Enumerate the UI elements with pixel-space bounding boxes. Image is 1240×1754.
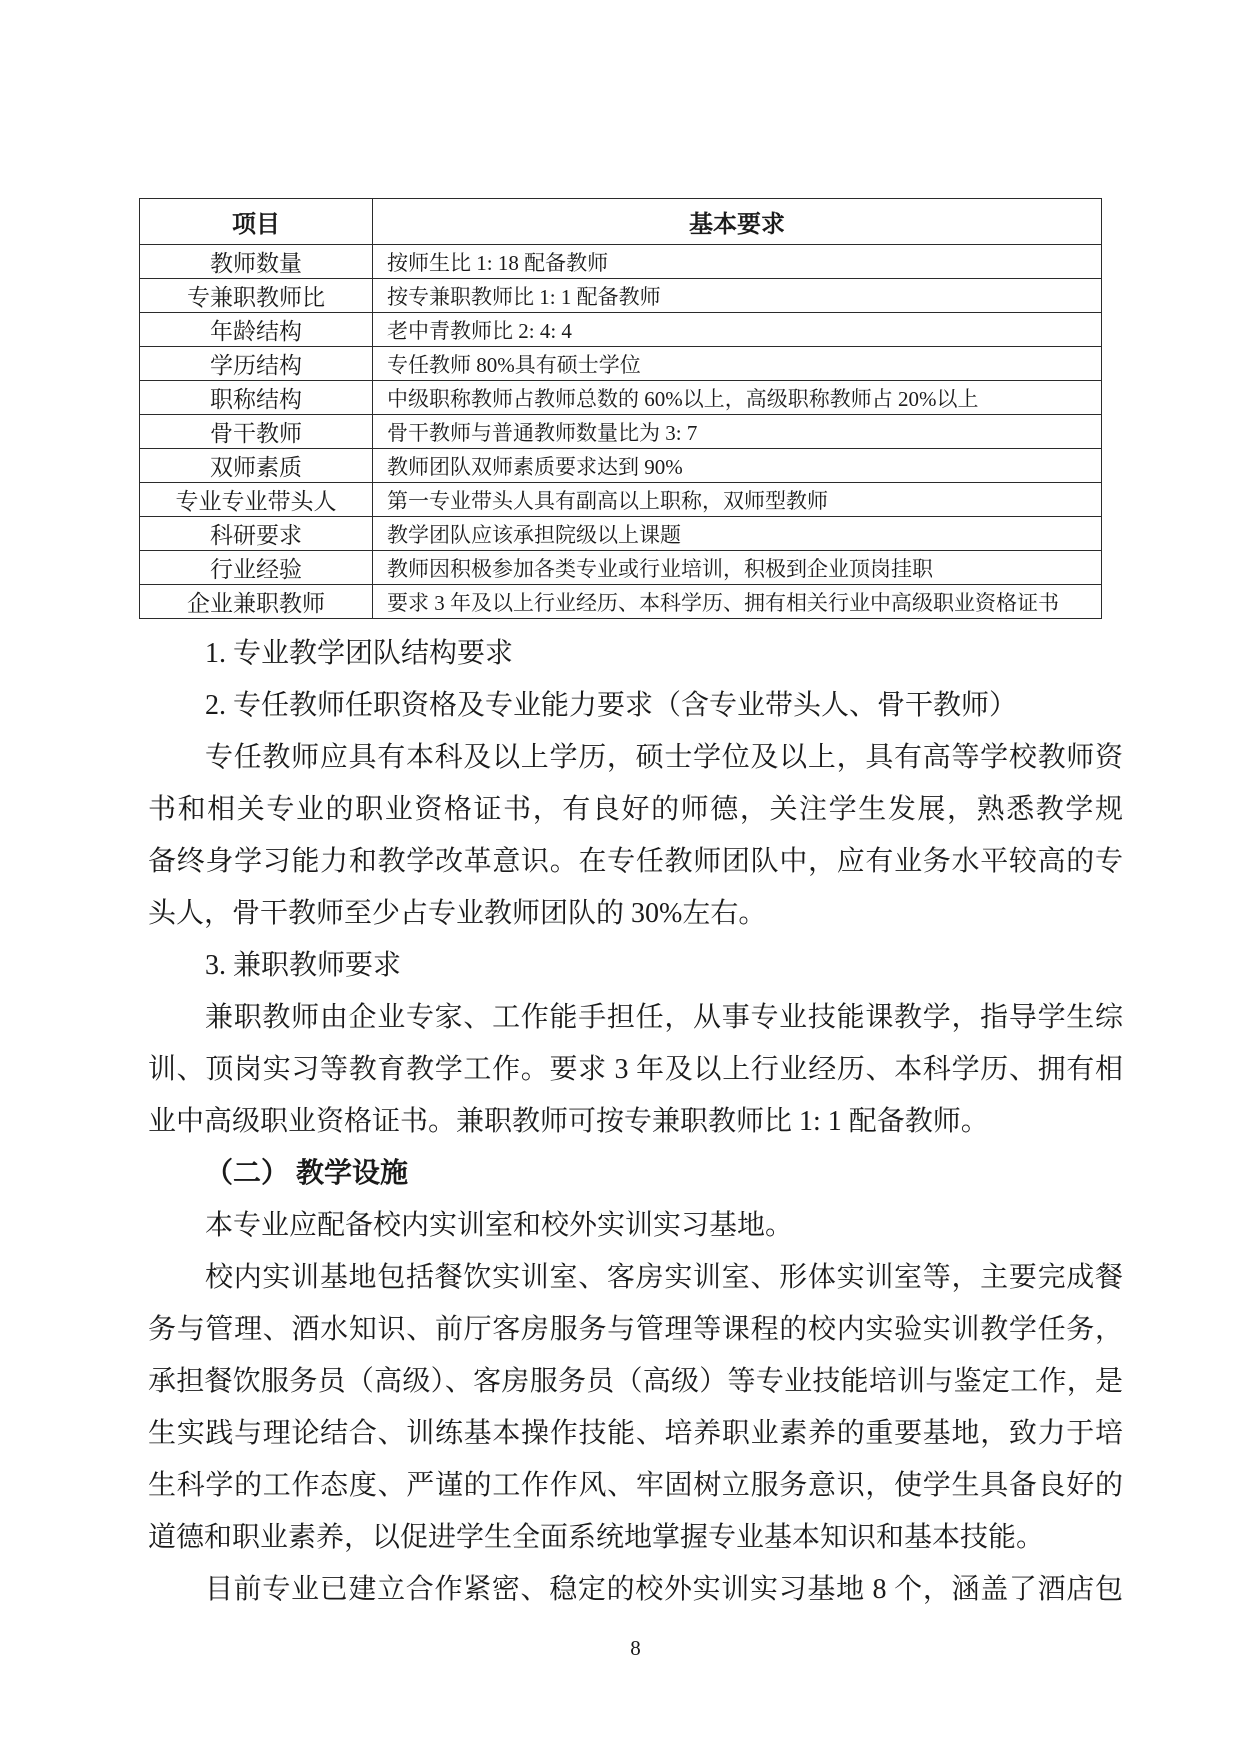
table-cell-requirement: 教师因积极参加各类专业或行业培训，积极到企业顶岗挂职 — [373, 551, 1102, 585]
body-line: 训、顶岗实习等教育教学工作。要求 3 年及以上行业经历、本科学历、拥有相关行 — [148, 1044, 1123, 1096]
body-line: 1. 专业教学团队结构要求 — [148, 628, 1123, 680]
body-line: 生科学的工作态度、严谨的工作作风、牢固树立服务意识，使学生具备良好的职业 — [148, 1460, 1123, 1512]
table-cell-item: 职称结构 — [140, 381, 373, 415]
body-line: 3. 兼职教师要求 — [148, 940, 1123, 992]
table-cell-item: 行业经验 — [140, 551, 373, 585]
table-row: 企业兼职教师 要求 3 年及以上行业经历、本科学历、拥有相关行业中高级职业资格证… — [140, 585, 1102, 619]
body-line: 生实践与理论结合、训练基本操作技能、培养职业素养的重要基地，致力于培养学 — [148, 1408, 1123, 1460]
table-cell-item: 年龄结构 — [140, 313, 373, 347]
table-cell-item: 骨干教师 — [140, 415, 373, 449]
table-row: 学历结构 专任教师 80%具有硕士学位 — [140, 347, 1102, 381]
table-row: 行业经验 教师因积极参加各类专业或行业培训，积极到企业顶岗挂职 — [140, 551, 1102, 585]
table-row: 科研要求 教学团队应该承担院级以上课题 — [140, 517, 1102, 551]
body-line: 承担餐饮服务员（高级）、客房服务员（高级）等专业技能培训与鉴定工作，是学 — [148, 1356, 1123, 1408]
page-number: 8 — [148, 1636, 1123, 1661]
body-line: 书和相关专业的职业资格证书，有良好的师德，关注学生发展，熟悉教学规律，具 — [148, 784, 1123, 836]
body-line: 2. 专任教师任职资格及专业能力要求（含专业带头人、骨干教师） — [148, 680, 1123, 732]
body-line: 备终身学习能力和教学改革意识。在专任教师团队中，应有业务水平较高的专业带 — [148, 836, 1123, 888]
table-cell-item: 双师素质 — [140, 449, 373, 483]
table-cell-item: 专业专业带头人 — [140, 483, 373, 517]
body-line: 业中高级职业资格证书。兼职教师可按专兼职教师比 1: 1 配备教师。 — [148, 1096, 1123, 1148]
body-line: 校内实训基地包括餐饮实训室、客房实训室、形体实训室等，主要完成餐饮服 — [148, 1252, 1123, 1304]
table-row: 双师素质 教师团队双师素质要求达到 90% — [140, 449, 1102, 483]
body-line: （二） 教学设施 — [148, 1148, 1123, 1200]
table-row: 教师数量 按师生比 1: 18 配备教师 — [140, 245, 1102, 279]
table-row: 骨干教师 骨干教师与普通教师数量比为 3: 7 — [140, 415, 1102, 449]
requirements-table: 项目 基本要求 教师数量 按师生比 1: 18 配备教师 专兼职教师比 按专兼职… — [139, 198, 1102, 619]
body-line: 目前专业已建立合作紧密、稳定的校外实训实习基地 8 个，涵盖了酒店包括前 — [148, 1564, 1123, 1616]
table-cell-item: 专兼职教师比 — [140, 279, 373, 313]
table-cell-requirement: 老中青教师比 2: 4: 4 — [373, 313, 1102, 347]
body-text: 1. 专业教学团队结构要求2. 专任教师任职资格及专业能力要求（含专业带头人、骨… — [148, 628, 1123, 1616]
document-page: 项目 基本要求 教师数量 按师生比 1: 18 配备教师 专兼职教师比 按专兼职… — [0, 0, 1240, 1754]
body-line: 本专业应配备校内实训室和校外实训实习基地。 — [148, 1200, 1123, 1252]
table-cell-requirement: 教学团队应该承担院级以上课题 — [373, 517, 1102, 551]
table-cell-requirement: 按专兼职教师比 1: 1 配备教师 — [373, 279, 1102, 313]
body-line: 兼职教师由企业专家、工作能手担任，从事专业技能课教学，指导学生综合实 — [148, 992, 1123, 1044]
table-row: 职称结构 中级职称教师占教师总数的 60%以上，高级职称教师占 20%以上 — [140, 381, 1102, 415]
table-cell-requirement: 要求 3 年及以上行业经历、本科学历、拥有相关行业中高级职业资格证书 — [373, 585, 1102, 619]
table-row: 年龄结构 老中青教师比 2: 4: 4 — [140, 313, 1102, 347]
table-cell-requirement: 按师生比 1: 18 配备教师 — [373, 245, 1102, 279]
table-header-item: 项目 — [140, 199, 373, 245]
table-cell-requirement: 专任教师 80%具有硕士学位 — [373, 347, 1102, 381]
body-line: 专任教师应具有本科及以上学历，硕士学位及以上，具有高等学校教师资格证 — [148, 732, 1123, 784]
table-row: 专兼职教师比 按专兼职教师比 1: 1 配备教师 — [140, 279, 1102, 313]
body-line: 头人，骨干教师至少占专业教师团队的 30%左右。 — [148, 888, 1123, 940]
table-cell-requirement: 中级职称教师占教师总数的 60%以上，高级职称教师占 20%以上 — [373, 381, 1102, 415]
table-cell-requirement: 骨干教师与普通教师数量比为 3: 7 — [373, 415, 1102, 449]
table-header-requirement: 基本要求 — [373, 199, 1102, 245]
table-cell-item: 科研要求 — [140, 517, 373, 551]
table-header-row: 项目 基本要求 — [140, 199, 1102, 245]
requirements-table-body: 教师数量 按师生比 1: 18 配备教师 专兼职教师比 按专兼职教师比 1: 1… — [140, 245, 1102, 619]
table-cell-item: 企业兼职教师 — [140, 585, 373, 619]
body-line: 务与管理、酒水知识、前厅客房服务与管理等课程的校内实验实训教学任务，同时 — [148, 1304, 1123, 1356]
table-cell-requirement: 教师团队双师素质要求达到 90% — [373, 449, 1102, 483]
table-cell-item: 学历结构 — [140, 347, 373, 381]
table-cell-item: 教师数量 — [140, 245, 373, 279]
body-line: 道德和职业素养，以促进学生全面系统地掌握专业基本知识和基本技能。 — [148, 1512, 1123, 1564]
table-cell-requirement: 第一专业带头人具有副高以上职称，双师型教师 — [373, 483, 1102, 517]
table-row: 专业专业带头人 第一专业带头人具有副高以上职称，双师型教师 — [140, 483, 1102, 517]
